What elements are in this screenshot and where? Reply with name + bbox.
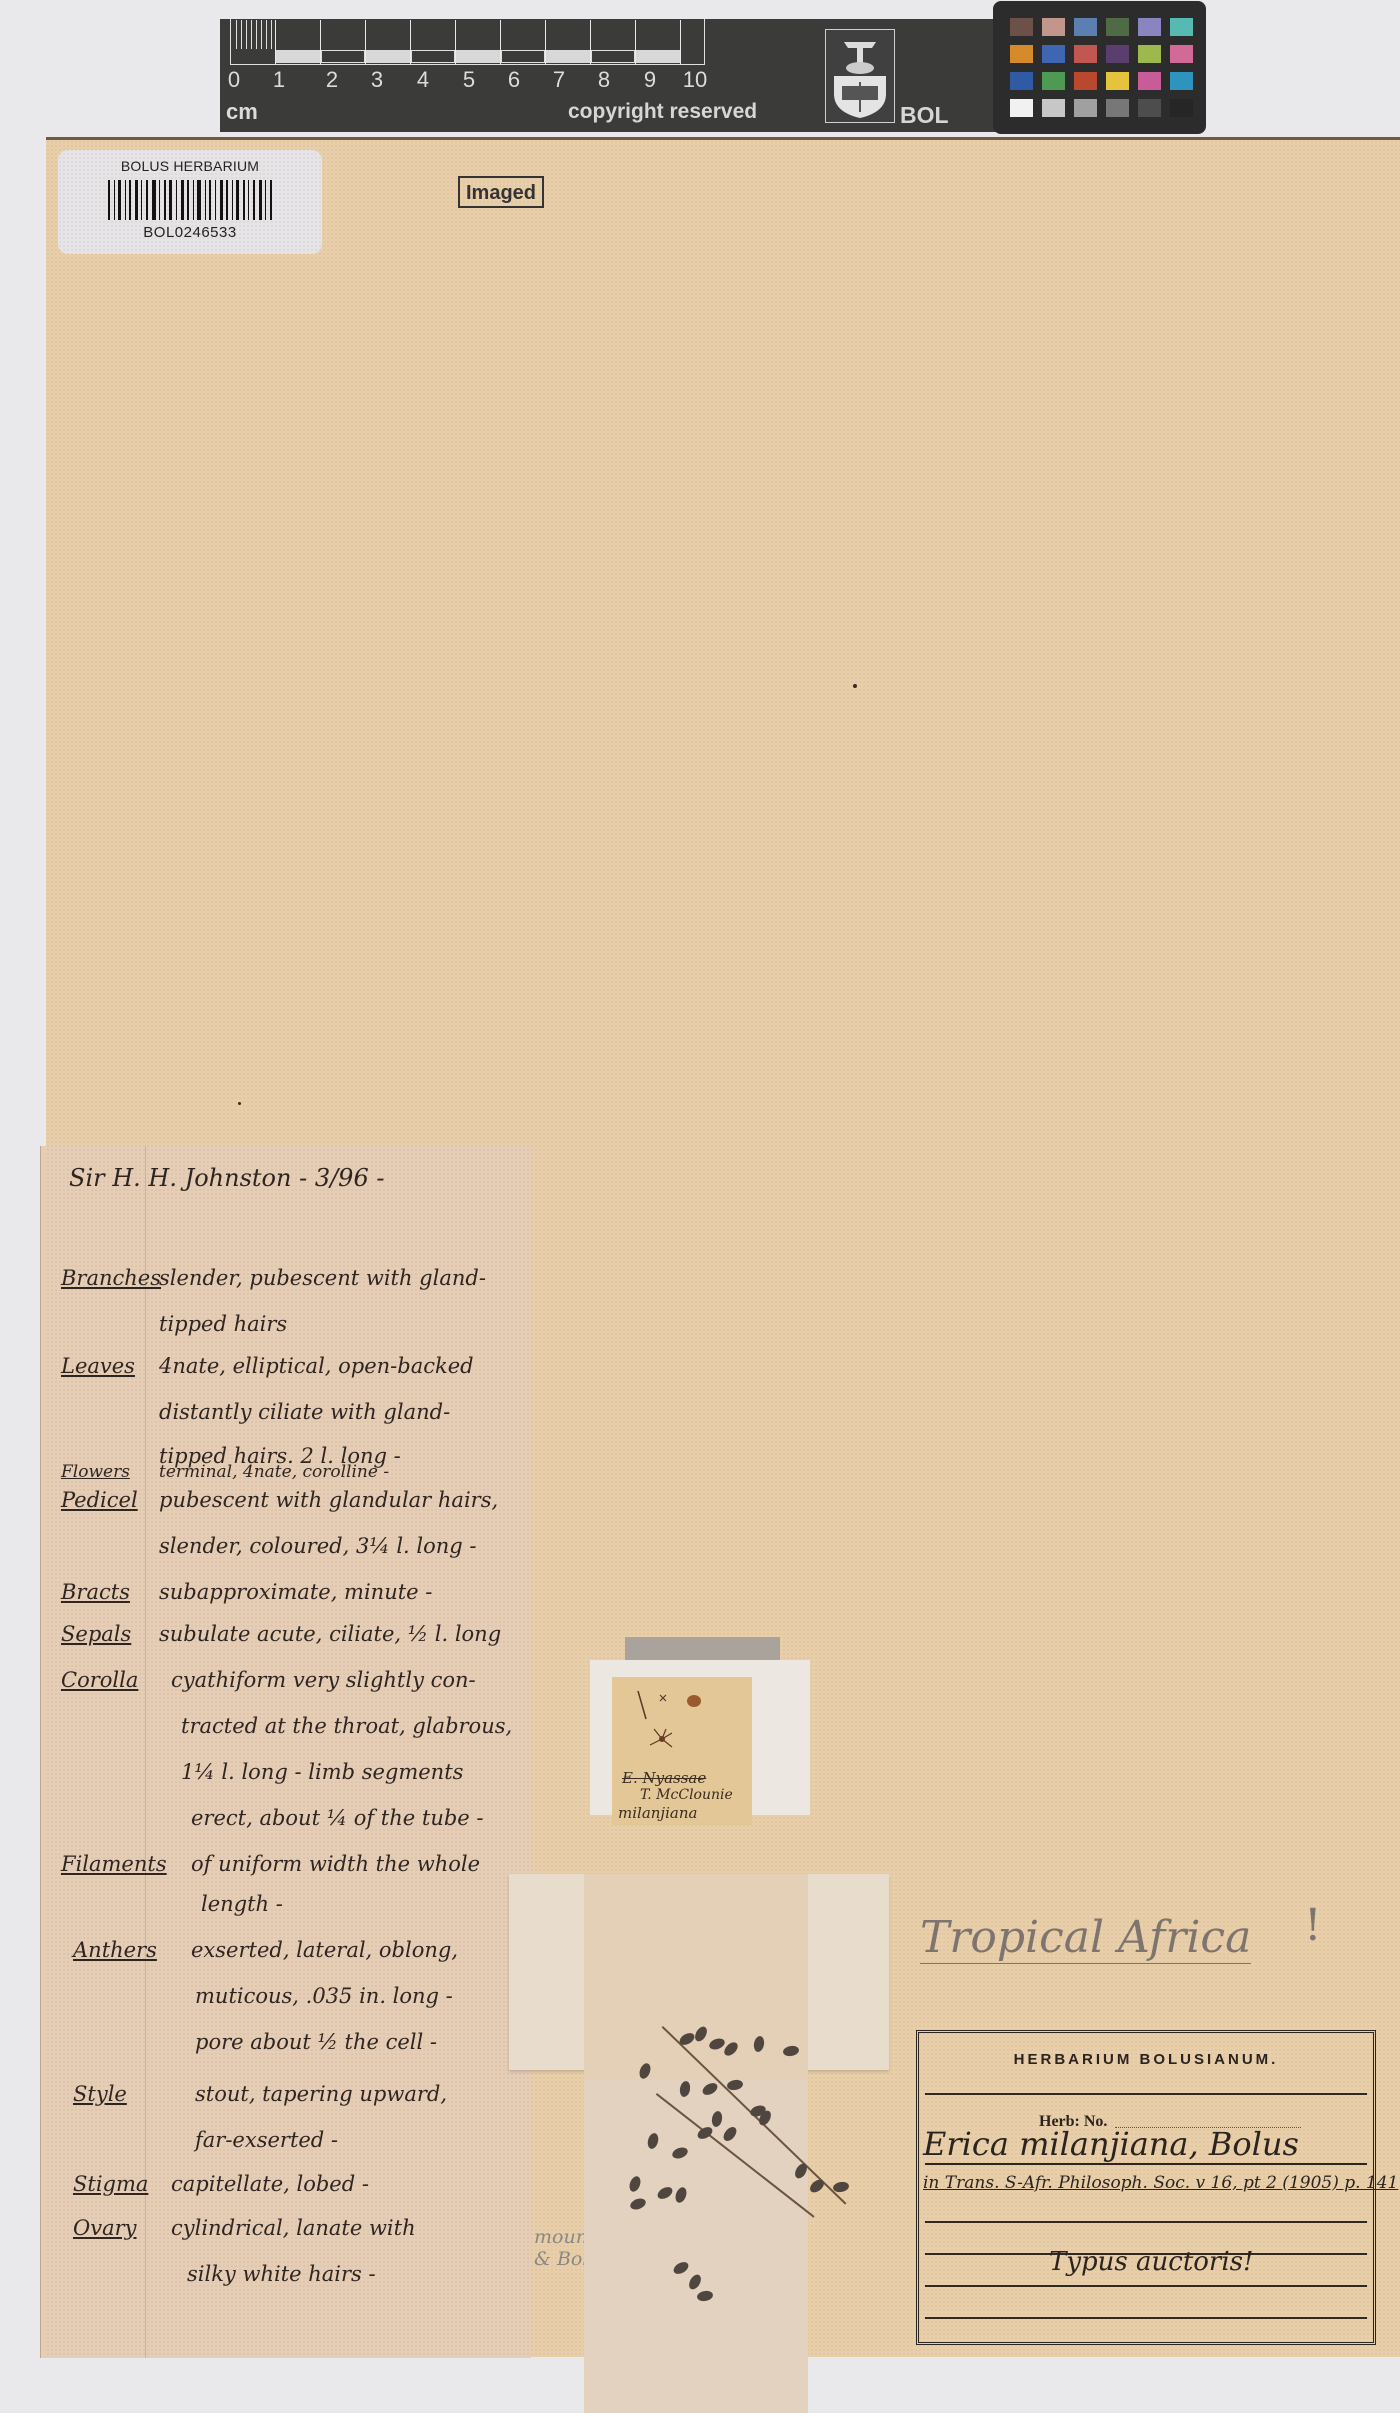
barcode-label-title: BOLUS HERBARIUM (58, 158, 322, 174)
note-line: subulate acute, ciliate, ½ l. long (159, 1622, 501, 1646)
type-status: Typus auctoris! (1049, 2247, 1253, 2277)
scale-bar: 0 1 2 3 4 5 6 7 8 9 10 cm copyright rese… (220, 19, 1000, 132)
university-crest-icon (825, 29, 895, 123)
color-patch (1074, 18, 1097, 36)
species-name: Erica milanjiana, Bolus (923, 2125, 1299, 2163)
note-line: subapproximate, minute - (159, 1580, 432, 1604)
tick-label: 9 (644, 67, 656, 93)
color-patch (1170, 45, 1193, 63)
color-patch (1042, 99, 1065, 117)
barcode-icon (108, 180, 272, 220)
tick-label: 4 (417, 67, 429, 93)
imaged-stamp: Imaged (458, 176, 544, 208)
note-line: erect, about ¼ of the tube - (191, 1806, 483, 1830)
color-checker-card (993, 1, 1206, 134)
note-line: pore about ½ the cell - (195, 2030, 437, 2054)
tick-label: 10 (683, 67, 707, 93)
note-line: 1¼ l. long - limb segments (181, 1760, 463, 1784)
specimen-packet-bottom-flap (584, 2080, 808, 2413)
note-line: cyathiform very slightly con- (171, 1668, 476, 1692)
copyright-text: copyright reserved (568, 100, 757, 124)
note-line: muticous, .035 in. long - (195, 1984, 453, 2008)
specimen-packet-center (584, 1874, 808, 2080)
note-key: Sepals (61, 1622, 131, 1646)
barcode-label: BOLUS HERBARIUM BOL0246533 (58, 150, 322, 254)
note-line: pubescent with glandular hairs, (159, 1488, 498, 1512)
locality-note: Tropical Africa (920, 1912, 1251, 1964)
specimen-speck (238, 1102, 241, 1105)
note-key: Branches (61, 1266, 161, 1290)
note-key: Bracts (61, 1580, 130, 1604)
color-patch (1106, 72, 1129, 90)
ruler-tick-labels: 0 1 2 3 4 5 6 7 8 9 10 (224, 67, 724, 97)
note-line: cylindrical, lanate with (171, 2216, 416, 2240)
note-line: slender, coloured, 3¼ l. long - (159, 1534, 477, 1558)
color-patch (1138, 18, 1161, 36)
collector-header: Sir H. H. Johnston - 3/96 - (69, 1164, 384, 1192)
mini-label-line: milanjiana (618, 1804, 697, 1822)
locality-note-exclamation: ! (1304, 1900, 1322, 1951)
tick-label: 3 (371, 67, 383, 93)
note-line: terminal, 4nate, corolline - (159, 1462, 389, 1482)
color-patch (1010, 72, 1033, 90)
tick-label: 0 (228, 67, 240, 93)
note-key: Stigma (73, 2172, 148, 2196)
herbarium-bolusianum-label: HERBARIUM BOLUSIANUM. Herb: No. Erica mi… (916, 2030, 1376, 2345)
color-patch (1170, 99, 1193, 117)
barcode-number: BOL0246533 (58, 224, 322, 241)
label-heading: HERBARIUM BOLUSIANUM. (919, 2051, 1373, 2068)
color-patch (1010, 99, 1033, 117)
seed-specimen (687, 1695, 701, 1707)
tick-label: 2 (326, 67, 338, 93)
mini-label-line: T. McClounie (640, 1787, 733, 1803)
note-key: Anthers (73, 1938, 157, 1962)
note-key: Filaments (61, 1852, 167, 1876)
note-line: far-exserted - (195, 2128, 338, 2152)
publication-reference: in Trans. S-Afr. Philosoph. Soc. v 16, p… (923, 2173, 1398, 2193)
color-patch (1010, 18, 1033, 36)
note-line: tipped hairs (159, 1312, 287, 1336)
note-line: exserted, lateral, oblong, (191, 1938, 458, 1962)
color-patch (1106, 45, 1129, 63)
note-line: silky white hairs - (187, 2262, 376, 2286)
note-line: tracted at the throat, glabrous, (181, 1714, 512, 1738)
tick-label: 6 (508, 67, 520, 93)
color-patch (1042, 18, 1065, 36)
unit-label: cm (226, 99, 258, 125)
color-patch (1170, 72, 1193, 90)
color-patch (1074, 45, 1097, 63)
ruler-graphic (230, 19, 705, 65)
tick-label: 1 (273, 67, 285, 93)
color-patch (1138, 72, 1161, 90)
color-patch (1138, 99, 1161, 117)
note-line: length - (201, 1892, 283, 1916)
color-patch (1170, 18, 1193, 36)
color-patch (1106, 99, 1129, 117)
original-specimen-label: E. Nyassae T. McClounie milanjiana (612, 1677, 752, 1825)
mini-label-line: E. Nyassae (622, 1769, 706, 1787)
color-patch (1074, 72, 1097, 90)
note-line: distantly ciliate with gland- (159, 1400, 450, 1424)
description-notes-slip: Sir H. H. Johnston - 3/96 - Branches sle… (40, 1146, 531, 2358)
color-patch (1010, 45, 1033, 63)
note-line: stout, tapering upward, (195, 2082, 447, 2106)
note-key: Ovary (73, 2216, 137, 2240)
tick-label: 7 (553, 67, 565, 93)
note-key: Corolla (61, 1668, 138, 1692)
note-line: 4nate, elliptical, open-backed (159, 1354, 474, 1378)
color-patch (1106, 18, 1129, 36)
note-line: capitellate, lobed - (171, 2172, 369, 2196)
note-key: Leaves (61, 1354, 135, 1378)
note-key: Flowers (61, 1462, 130, 1482)
color-patch (1042, 45, 1065, 63)
institution-code: BOL (900, 102, 949, 129)
color-patch (1042, 72, 1065, 90)
note-line: of uniform width the whole (191, 1852, 480, 1876)
color-patch (1138, 45, 1161, 63)
note-key: Style (73, 2082, 127, 2106)
note-line: slender, pubescent with gland- (159, 1266, 486, 1290)
tick-label: 8 (598, 67, 610, 93)
color-patch (1074, 99, 1097, 117)
specimen-speck (853, 684, 857, 688)
note-key: Pedicel (61, 1488, 138, 1512)
tick-label: 5 (463, 67, 475, 93)
